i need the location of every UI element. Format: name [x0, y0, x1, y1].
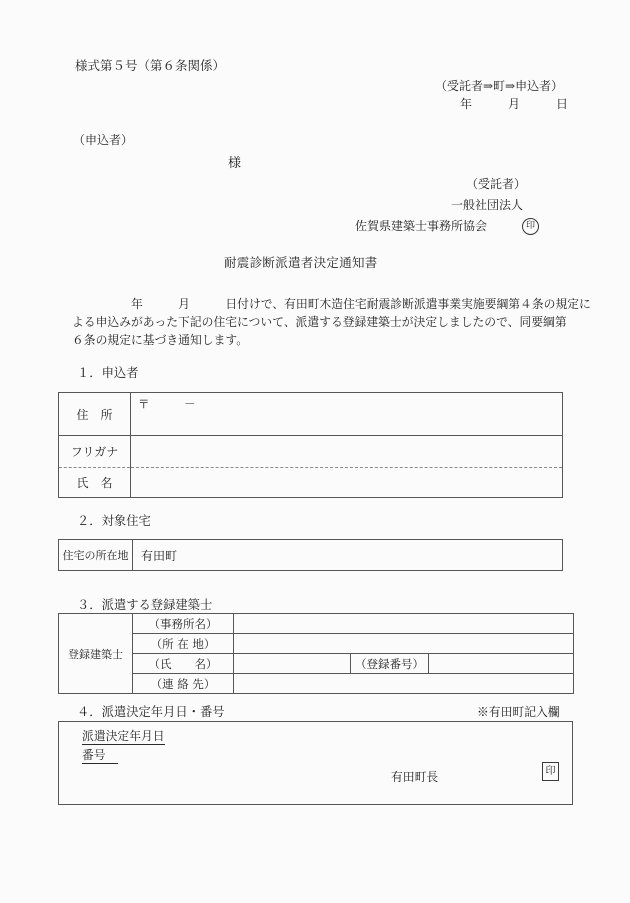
decision-number-field: 番号: [82, 748, 118, 764]
routing-note: （受託者⇒町⇒申込者）: [435, 79, 563, 94]
contact-value-cell: [234, 674, 574, 694]
boxed-seal-icon: 印: [542, 762, 559, 781]
registration-number-value-cell: [429, 654, 574, 674]
decision-date-label: 派遣決定年月日: [82, 729, 165, 745]
contact-label: （連 絡 先）: [133, 674, 234, 694]
office-name-value-cell: [234, 614, 574, 634]
body-paragraph-line: 年 月 日付けで、有田町木造住宅耐震診断派遣事業実施要綱第４条の規定に: [72, 297, 591, 312]
name-value-cell: [131, 468, 563, 498]
honorific-sama: 様: [228, 156, 241, 172]
town-entry-note: ※有田町記入欄: [477, 705, 560, 720]
table-row: （氏 名） （登録番号）: [59, 654, 574, 674]
body-paragraph-line: よる申込みがあった下記の住宅について、派遣する登録建築士が決定しましたので、同要…: [72, 315, 567, 330]
table-row: 住 所 〒 －: [59, 393, 563, 436]
section4-heading: ４．派遣決定年月日・番号: [77, 705, 225, 720]
mayor-signature-label: 有田町長: [391, 770, 438, 784]
target-house-table: 住宅の所在地 有田町: [58, 539, 563, 571]
decision-date-field: 派遣決定年月日: [82, 729, 165, 745]
furigana-label: フリガナ: [59, 436, 131, 468]
architect-table: 登録建築士 （事務所名） （所 在 地） （氏 名） （登録番号） （連 絡 先…: [58, 613, 574, 694]
decision-box: 派遣決定年月日 番号 有田町長 印: [58, 721, 573, 805]
table-row: 住宅の所在地 有田町: [59, 540, 563, 571]
applicant-table: 住 所 〒 － フリガナ 氏 名: [58, 392, 563, 498]
table-row: （所 在 地）: [59, 634, 574, 654]
address-label: 住 所: [59, 393, 131, 436]
office-address-label: （所 在 地）: [133, 634, 234, 654]
table-row: 登録建築士 （事務所名）: [59, 614, 574, 634]
address-value-cell: 〒 －: [131, 393, 563, 436]
body-paragraph-line: ６条の規定に基づき通知します。: [72, 333, 248, 348]
org-type: 一般社団法人: [451, 198, 523, 213]
office-address-value-cell: [234, 634, 574, 654]
document-title: 耐震診断派遣者決定通知書: [224, 255, 378, 271]
architect-name-value-cell: [234, 654, 351, 674]
table-row: （連 絡 先）: [59, 674, 574, 694]
document-page: 様式第５号（第６条関係） （受託者⇒町⇒申込者） 年 月 日 （申込者） 様 （…: [0, 0, 630, 903]
location-value: 有田町: [133, 540, 563, 571]
org-name: 佐賀県建築士事務所協会: [355, 219, 487, 234]
section2-heading: ２．対象住宅: [77, 514, 151, 529]
section1-heading: １．申込者: [77, 366, 139, 381]
date-blank-line: 年 月 日: [460, 97, 568, 112]
form-number: 様式第５号（第６条関係）: [75, 58, 225, 74]
furigana-value-cell: [131, 436, 563, 468]
table-row: フリガナ: [59, 436, 563, 468]
table-row: 氏 名: [59, 468, 563, 498]
registration-number-label: （登録番号）: [351, 654, 429, 674]
architect-group-label: 登録建築士: [59, 614, 133, 694]
name-label: 氏 名: [59, 468, 131, 498]
architect-name-label: （氏 名）: [133, 654, 234, 674]
location-label: 住宅の所在地: [59, 540, 133, 571]
trustee-label: （受託者）: [466, 177, 526, 192]
circled-seal-icon: 印: [522, 218, 539, 235]
decision-number-label: 番号: [82, 748, 118, 764]
office-name-label: （事務所名）: [133, 614, 234, 634]
applicant-label: （申込者）: [73, 133, 133, 148]
section3-heading: ３．派遣する登録建築士: [77, 598, 212, 613]
